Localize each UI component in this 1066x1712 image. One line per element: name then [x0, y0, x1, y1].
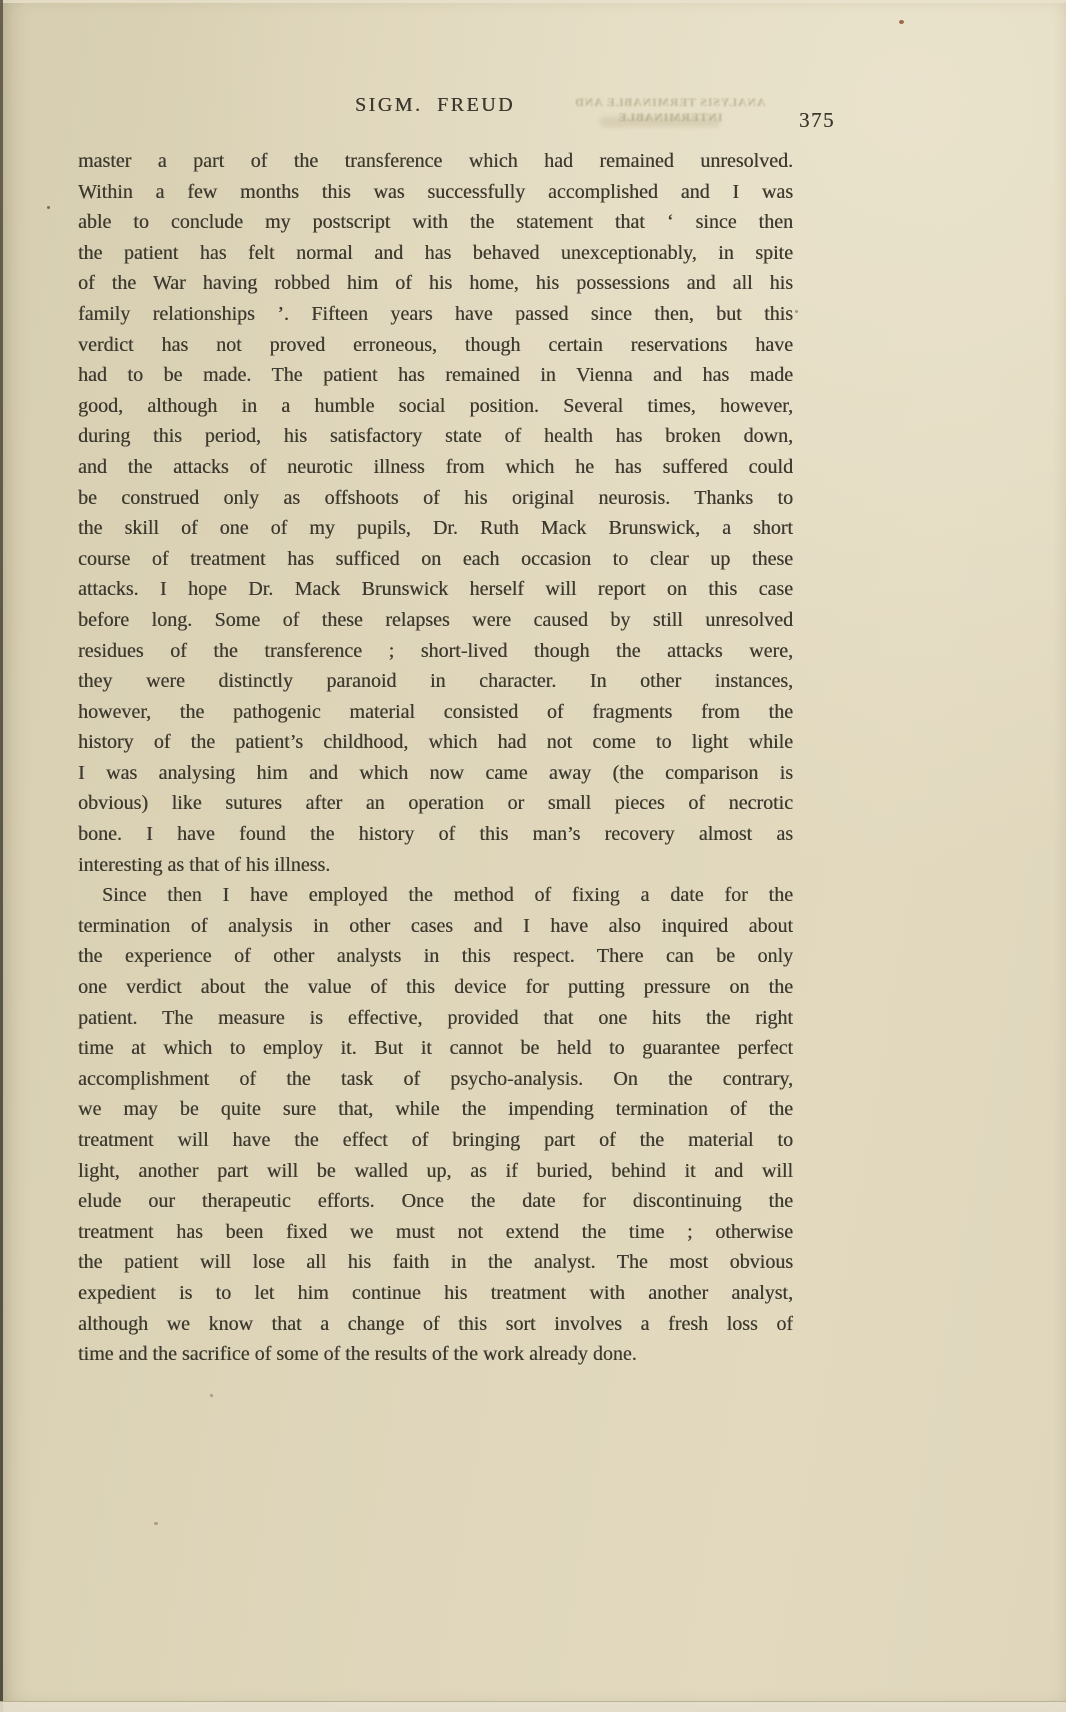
text-line: residues of the transference ; short-liv…: [78, 636, 793, 667]
text-line: patient. The measure is effective, provi…: [78, 1003, 793, 1034]
text-line: elude our therapeutic efforts. Once the …: [78, 1186, 793, 1217]
text-line: of the War having robbed him of his home…: [78, 268, 793, 299]
text-line: course of treatment has sufficed on each…: [78, 544, 793, 575]
text-line: the skill of one of my pupils, Dr. Ruth …: [78, 513, 793, 544]
bleedthrough-smudge: [600, 117, 720, 127]
text-line: however, the pathogenic material consist…: [78, 697, 793, 728]
scan-speck: [795, 310, 798, 313]
text-line: attacks. I hope Dr. Mack Brunswick herse…: [78, 574, 793, 605]
text-line: time and the sacrifice of some of the re…: [78, 1339, 793, 1370]
text-line: I was analysing him and which now came a…: [78, 758, 793, 789]
page-bottom-edge: [0, 1701, 1066, 1712]
text-line: treatment has been fixed we must not ext…: [78, 1217, 793, 1248]
running-head: SIGM. FREUD: [78, 94, 792, 117]
text-line: treatment will have the effect of bringi…: [78, 1125, 793, 1156]
text-line: Within a few months this was successfull…: [78, 177, 793, 208]
scanned-book-page: ANALYSIS TERMINABLE AND INTERMINABLE SIG…: [0, 0, 1066, 1712]
page-top-edge: [0, 0, 1066, 3]
page-number: 375: [799, 108, 835, 133]
text-line: verdict has not proved erroneous, though…: [78, 330, 793, 361]
text-line: family relationships ’. Fifteen years ha…: [78, 299, 793, 330]
text-line: expedient is to let him continue his tre…: [78, 1278, 793, 1309]
text-line: interesting as that of his illness.: [78, 850, 793, 881]
text-line: Since then I have employed the method of…: [78, 880, 793, 911]
scan-speck: [154, 1522, 158, 1525]
text-line: time at which to employ it. But it canno…: [78, 1033, 793, 1064]
text-line: accomplishment of the task of psycho-ana…: [78, 1064, 793, 1095]
scan-speck: [210, 1394, 213, 1397]
text-line: able to conclude my postscript with the …: [78, 207, 793, 238]
text-line: during this period, his satisfactory sta…: [78, 421, 793, 452]
text-line: good, although in a humble social positi…: [78, 391, 793, 422]
text-line: bone. I have found the history of this m…: [78, 819, 793, 850]
text-line: obvious) like sutures after an operation…: [78, 788, 793, 819]
text-line: be construed only as offshoots of his or…: [78, 483, 793, 514]
text-line: we may be quite sure that, while the imp…: [78, 1094, 793, 1125]
body-text: master a part of the transference which …: [78, 146, 793, 1370]
text-line: light, another part will be walled up, a…: [78, 1156, 793, 1187]
text-line: the patient will lose all his faith in t…: [78, 1247, 793, 1278]
text-line: the experience of other analysts in this…: [78, 941, 793, 972]
text-line: although we know that a change of this s…: [78, 1309, 793, 1340]
text-line: they were distinctly paranoid in charact…: [78, 666, 793, 697]
text-line: history of the patient’s childhood, whic…: [78, 727, 793, 758]
text-line: termination of analysis in other cases a…: [78, 911, 793, 942]
page-left-edge: [0, 0, 3, 1712]
text-line: before long. Some of these relapses were…: [78, 605, 793, 636]
text-line: master a part of the transference which …: [78, 146, 793, 177]
text-line: the patient has felt normal and has beha…: [78, 238, 793, 269]
scan-speck: [899, 20, 904, 24]
text-line: one verdict about the value of this devi…: [78, 972, 793, 1003]
text-line: had to be made. The patient has remained…: [78, 360, 793, 391]
scan-speck: [47, 206, 50, 209]
text-line: and the attacks of neurotic illness from…: [78, 452, 793, 483]
